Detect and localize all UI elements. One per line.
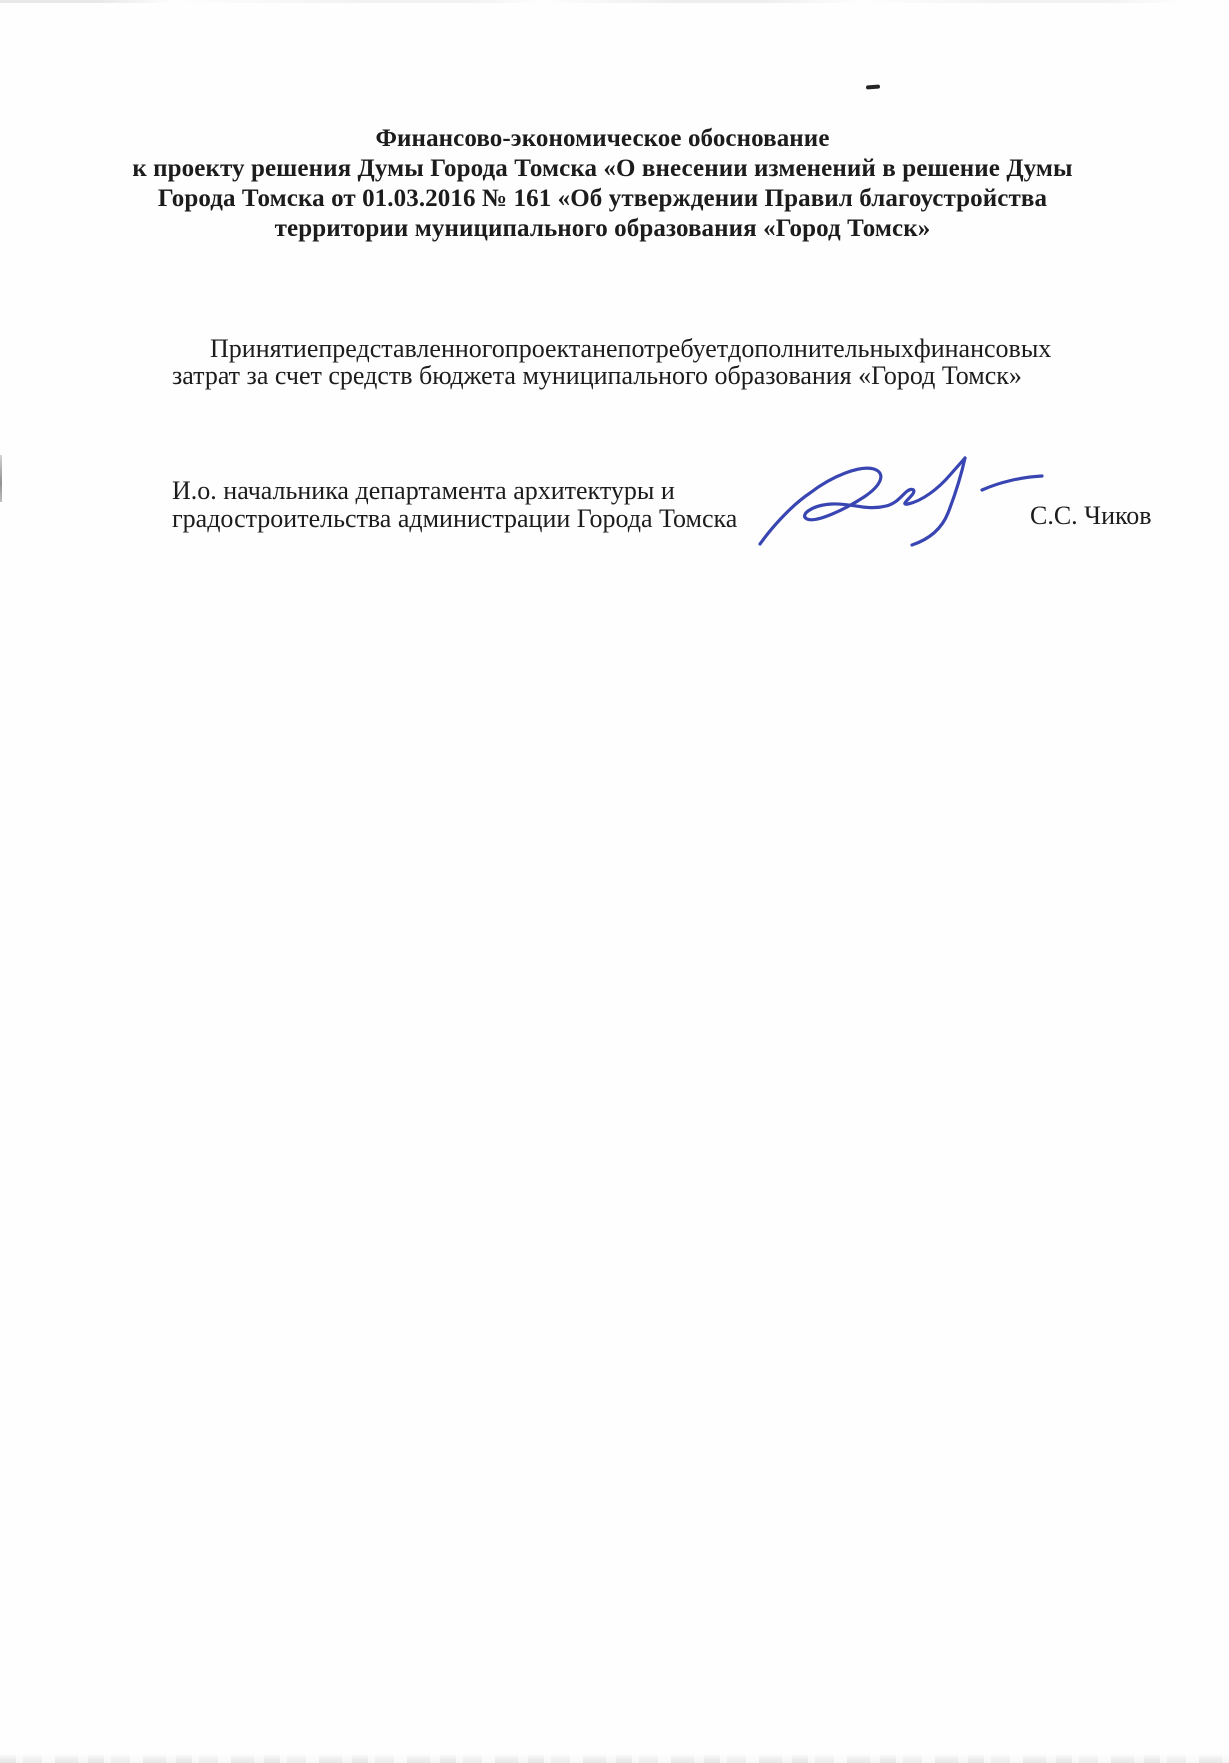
title-line-3: Города Томска от 01.03.2016 № 161 «Об ут… [0, 184, 1205, 214]
signatory-position-line-1: И.о. начальника департамента архитектуры… [172, 477, 675, 505]
signature-ink [752, 443, 1054, 551]
body-paragraph-line-2: затрат за счет средств бюджета муниципал… [172, 362, 1032, 390]
document-page: Финансово-экономическое обоснование к пр… [0, 0, 1229, 1763]
title-line-4: территории муниципального образования «Г… [0, 214, 1205, 244]
document-title: Финансово-экономическое обоснование к пр… [0, 124, 1205, 244]
scan-artifact-dash [866, 85, 880, 90]
title-line-2: к проекту решения Думы Города Томска «О … [0, 154, 1205, 184]
scan-artifact-bottom-band [0, 1754, 1229, 1763]
scan-artifact-edge-line [0, 455, 2, 502]
scan-artifact-top-band [0, 0, 1229, 3]
signatory-position-line-2: градостроительства администрации Города … [172, 505, 737, 533]
body-paragraph-line-1: Принятиепредставленногопроектанепотребуе… [172, 335, 1032, 363]
title-line-1: Финансово-экономическое обоснование [0, 124, 1205, 154]
signer-name: С.С. Чиков [1030, 502, 1152, 530]
